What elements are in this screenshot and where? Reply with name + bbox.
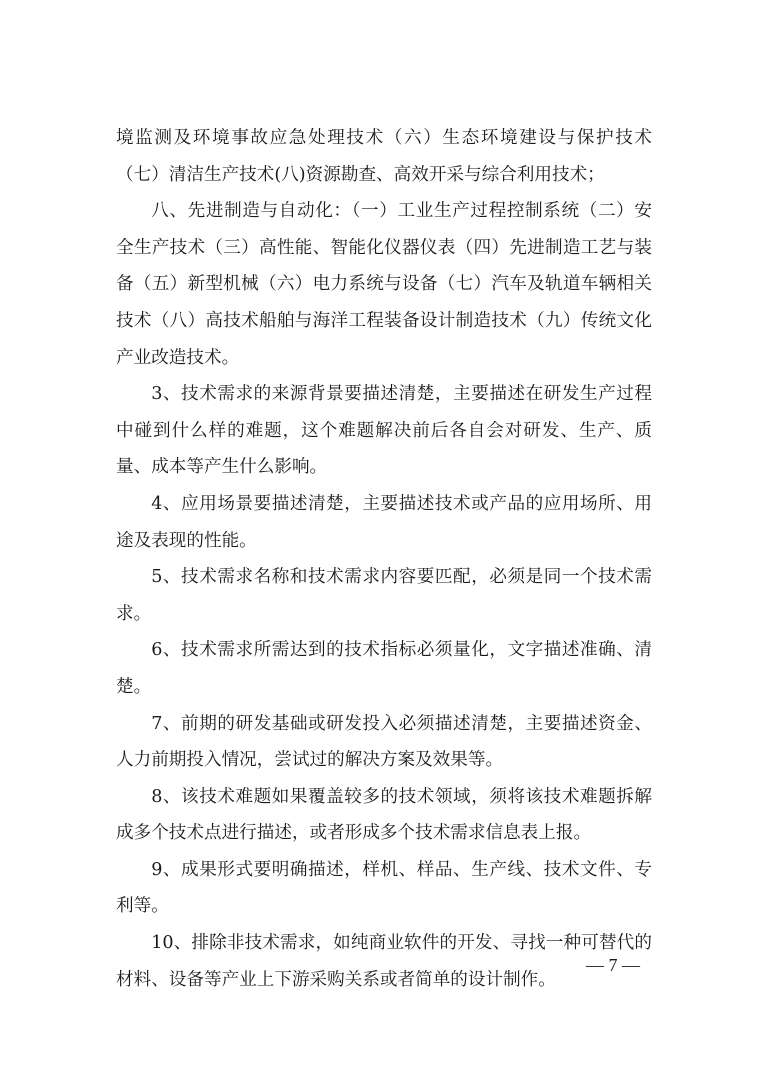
paragraph-item-7: 7、前期的研发基础或研发投入必须描述清楚，主要描述资金、人力前期投入情况，尝试过… — [116, 706, 652, 779]
paragraph-item-4: 4、应用场景要描述清楚，主要描述技术或产品的应用场所、用途及表现的性能。 — [116, 486, 652, 559]
document-body: 境监测及环境事故应急处理技术（六）生态环境建设与保护技术（七）清洁生产技术(八)… — [116, 120, 652, 998]
paragraph-continuation-env-tech: 境监测及环境事故应急处理技术（六）生态环境建设与保护技术（七）清洁生产技术(八)… — [116, 120, 652, 193]
paragraph-item-9: 9、成果形式要明确描述，样机、样品、生产线、技术文件、专利等。 — [116, 852, 652, 925]
page-number: — 7 — — [586, 955, 640, 976]
paragraph-item-3: 3、技术需求的来源背景要描述清楚，主要描述在研发生产过程中碰到什么样的难题，这个… — [116, 376, 652, 486]
paragraph-item-10: 10、排除非技术需求，如纯商业软件的开发、寻找一种可替代的材料、设备等产业上下游… — [116, 925, 652, 998]
paragraph-item-6: 6、技术需求所需达到的技术指标必须量化，文字描述准确、清楚。 — [116, 632, 652, 705]
paragraph-advanced-manufacturing: 八、先进制造与自动化：（一）工业生产过程控制系统（二）安全生产技术（三）高性能、… — [116, 193, 652, 376]
paragraph-item-8: 8、该技术难题如果覆盖较多的技术领域，须将该技术难题拆解成多个技术点进行描述，或… — [116, 779, 652, 852]
paragraph-item-5: 5、技术需求名称和技术需求内容要匹配，必须是同一个技术需求。 — [116, 559, 652, 632]
